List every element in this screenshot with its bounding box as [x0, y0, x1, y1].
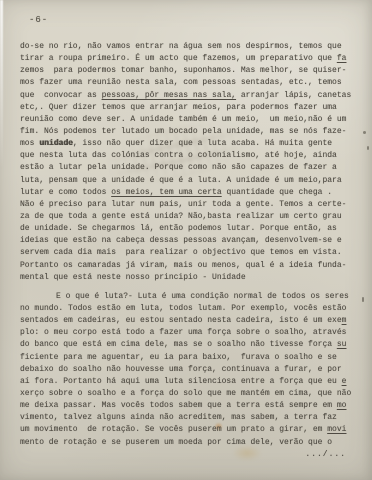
text-line: fim. Nós podemos ter lutado um bocado pe…: [20, 126, 360, 138]
text-line: reunião como deve ser. A unidade também …: [20, 114, 360, 126]
text-line: que nesta luta das colónias contra o col…: [20, 150, 360, 162]
ink-speck: [363, 131, 366, 134]
text-line: no mundo. Todos estão em luta, todos lut…: [20, 303, 360, 315]
text-line: xerço sobre o soalho e a força do solo q…: [20, 388, 360, 400]
text-line: de unidade. Se chegarmos lá, então podem…: [20, 223, 360, 235]
text-line: servem cada dia mais para realizar o obj…: [20, 247, 360, 259]
text-line: mos fazer uma reunião nesta sala, com pe…: [20, 77, 360, 89]
scanned-paper-background: -6- do-se no rio, não vamos entrar na ág…: [0, 0, 372, 480]
text-line: zemos para podermos tomar banho, suponha…: [20, 65, 360, 77]
text-line: mento de rotação e se puserem um moeda p…: [20, 437, 360, 449]
text-line: mos unidade, isso não quer dizer que a l…: [20, 138, 360, 150]
text-line: Não é preciso para lutar num pais, unir …: [20, 199, 360, 211]
text-line: do banco que está em cima dele, mas se o…: [20, 339, 360, 351]
text-line: estão a lutar pela unidade. Porque como …: [20, 162, 360, 174]
text-line: um movimento de rotação. Se vocês pusere…: [20, 424, 360, 436]
scan-edge-highlight: [0, 0, 3, 170]
text-line: aí fora. Portanto há aqui uma luta silen…: [20, 376, 360, 388]
text-line: sentados em cadeiras, eu estou sentado n…: [20, 315, 360, 327]
text-line: do-se no rio, não vamos entrar na água s…: [20, 41, 360, 53]
text-line: que convocar as pessoas, pôr mesas nas s…: [20, 90, 360, 102]
text-line: etc,. Quer dizer temos que arranjar meio…: [20, 102, 360, 114]
text-line: ideias que estão na cabeça dessas pessoa…: [20, 235, 360, 247]
text-line: tirar a roupa primeiro. É um acto que fa…: [20, 53, 360, 65]
text-line: za de que toda a gente está unida? Não,b…: [20, 211, 360, 223]
typewritten-text: do-se no rio, não vamos entrar na água s…: [20, 41, 360, 461]
text-line: ficiente para me aguentar, eu ia para ba…: [20, 352, 360, 364]
page-number: -6-: [29, 15, 48, 25]
text-line: lutar e como todos os meios, tem uma cer…: [20, 187, 360, 199]
text-line: E o que é luta?- Luta é uma condição nor…: [20, 291, 360, 303]
text-line: me deixa passar. Mas vocês todos sabem q…: [20, 400, 360, 412]
text-line: Portanto os camaradas já viram, mais ou …: [20, 260, 360, 272]
text-line: luta, pensam que a unidade é que é a lut…: [20, 175, 360, 187]
text-line: .../...: [20, 449, 360, 461]
ink-speck: [362, 297, 364, 302]
ink-speck: [367, 146, 369, 150]
text-line: debaixo do soalho não houvesse uma força…: [20, 364, 360, 376]
text-line: mental que está neste nosso principio - …: [20, 272, 360, 284]
text-line: vimento, talvez alguns ainda não acredit…: [20, 412, 360, 424]
text-line: plo: o meu corpo está todo a fazer uma f…: [20, 327, 360, 339]
